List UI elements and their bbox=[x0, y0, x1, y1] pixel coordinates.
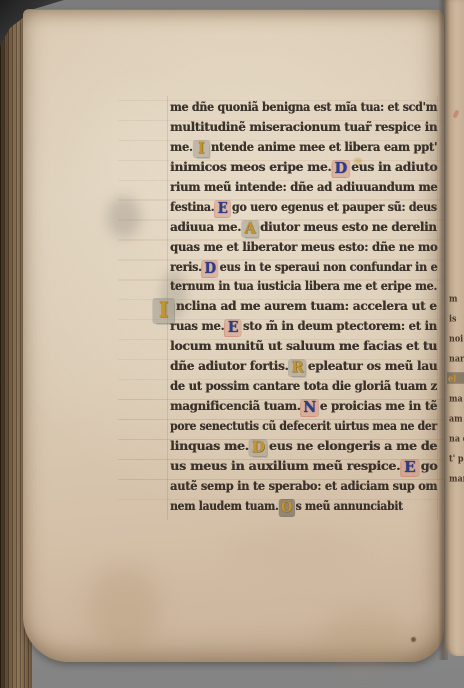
manuscript-line: ruas me.Esto m̃ in deum ptectorem: et in bbox=[170, 316, 438, 336]
manuscript-text: magnificenciã tuam. bbox=[170, 398, 301, 413]
facing-page-text-fragment: noi bbox=[449, 332, 464, 344]
manuscript-line: me.Intende anime mee et libera eam ppt' bbox=[170, 137, 438, 157]
manuscript-text: nclina ad me aurem tuam: accelera ut e bbox=[176, 298, 437, 313]
manuscript-line: multitudinẽ miseracionum tuar̃ respice i… bbox=[170, 117, 438, 137]
manuscript-line: magnificenciã tuam.Ne proicias me in tẽ bbox=[170, 396, 438, 416]
manuscript-text: reris. bbox=[170, 259, 202, 274]
manuscript-text: me. bbox=[170, 139, 193, 154]
manuscript-line: us meus in auxilium meũ respice.Ego bbox=[170, 456, 438, 476]
text-block: me dñe quoniã benigna est mĩa tua: et sc… bbox=[170, 97, 438, 516]
facing-page-text-fragment: m bbox=[449, 292, 464, 304]
manuscript-text: eus in te speraui non confundar in e bbox=[220, 259, 438, 274]
facing-page-red-mark bbox=[453, 110, 460, 119]
facing-page-text-fragment: mam bbox=[449, 472, 464, 484]
parchment-speck bbox=[411, 637, 416, 642]
manuscript-text: ntende anime mee et libera eam ppt' bbox=[211, 139, 437, 154]
illuminated-initial: E bbox=[215, 201, 230, 217]
manuscript-text: sto m̃ in deum ptectorem: et in bbox=[243, 318, 437, 333]
manuscript-text: diutor meus esto ne derelin bbox=[260, 219, 437, 234]
manuscript-text: linquas me. bbox=[170, 438, 249, 453]
manuscript-text: eus ne elongeris a me de bbox=[269, 438, 437, 453]
manuscript-photo: me dñe quoniã benigna est mĩa tua: et sc… bbox=[0, 0, 464, 688]
manuscript-text: ruas me. bbox=[170, 318, 224, 333]
manuscript-text: us meus in auxilium meũ respice. bbox=[170, 458, 400, 473]
facing-page-text-fragment: t' pa bbox=[449, 452, 464, 464]
illuminated-initial: N bbox=[301, 400, 317, 416]
illuminated-initial: D bbox=[332, 161, 349, 177]
facing-page-text-fragment: nar bbox=[449, 352, 464, 364]
manuscript-line: rium meũ intende: dñe ad adiuuandum me bbox=[170, 177, 438, 197]
illuminated-initial: O bbox=[279, 500, 294, 516]
manuscript-text: e proicias me in tẽ bbox=[320, 398, 437, 413]
illuminated-initial: D bbox=[250, 440, 267, 456]
illuminated-initial: I bbox=[193, 141, 209, 157]
manuscript-text: multitudinẽ miseracionum tuar̃ respice i… bbox=[170, 119, 437, 134]
manuscript-line: festina.Ego uero egenus et pauper sũ: de… bbox=[170, 197, 438, 217]
manuscript-line: inimicos meos eripe me.Deus in adiuto bbox=[170, 157, 438, 177]
manuscript-text: go uero egenus et pauper sũ: deus bbox=[232, 199, 437, 214]
manuscript-text: pore senectutis cũ defecerit uirtus mea … bbox=[170, 418, 437, 433]
manuscript-line: ternum in tua iusticia libera me et erip… bbox=[170, 276, 438, 296]
illuminated-initial: A bbox=[242, 221, 258, 237]
manuscript-text: adiuua me. bbox=[170, 219, 241, 234]
manuscript-text: dñe adiutor fortis. bbox=[170, 358, 288, 373]
manuscript-line: dñe adiutor fortis.Repleatur os meũ lau bbox=[170, 356, 438, 376]
parchment-stain bbox=[228, 528, 358, 572]
parchment-stain bbox=[321, 608, 405, 666]
illuminated-initial: E bbox=[225, 320, 241, 336]
manuscript-line: de ut possim cantare tota die gloriã tua… bbox=[170, 376, 438, 396]
facing-page-text-fragment: na d bbox=[449, 432, 464, 444]
illuminated-initial: E bbox=[401, 460, 418, 476]
manuscript-text: s meũ annunciabit bbox=[296, 498, 403, 513]
manuscript-line: me dñe quoniã benigna est mĩa tua: et sc… bbox=[170, 97, 438, 117]
manuscript-text: me dñe quoniã benigna est mĩa tua: et sc… bbox=[170, 99, 437, 114]
facing-page-text-fragment: el bbox=[447, 372, 464, 384]
manuscript-text: festina. bbox=[170, 199, 214, 214]
facing-page-text-fragment: is bbox=[449, 312, 464, 324]
manuscript-text: inimicos meos eripe me. bbox=[170, 159, 331, 174]
manuscript-line: Inclina ad me aurem tuam: accelera ut e bbox=[170, 296, 438, 316]
parchment-stain bbox=[87, 566, 161, 650]
manuscript-line: quas me et liberator meus esto: dñe ne m… bbox=[170, 237, 438, 257]
manuscript-text: autẽ semp in te sperabo: et adiciam sup … bbox=[170, 478, 437, 493]
manuscript-text: epleatur os meũ lau bbox=[308, 358, 438, 373]
manuscript-line: adiuua me.Adiutor meus esto ne derelin bbox=[170, 217, 438, 237]
manuscript-line: autẽ semp in te sperabo: et adiciam sup … bbox=[170, 476, 438, 496]
facing-page-text-fragment: am r bbox=[449, 412, 464, 424]
manuscript-text: locum munitũ ut saluum me facias et tu bbox=[170, 338, 437, 353]
manuscript-line: nem laudem tuam.Os meũ annunciabit bbox=[170, 496, 438, 516]
facing-page-edge: misnoinarelma lam rna dt' pamam bbox=[445, 0, 464, 656]
manuscript-line: linquas me.Deus ne elongeris a me de bbox=[170, 436, 438, 456]
manuscript-text: go bbox=[421, 458, 438, 473]
illuminated-initial: D bbox=[203, 261, 218, 277]
manuscript-text: nem laudem tuam. bbox=[170, 498, 278, 513]
manuscript-text: quas me et liberator meus esto: dñe ne m… bbox=[170, 239, 437, 254]
manuscript-text: eus in adiuto bbox=[351, 159, 437, 174]
manuscript-line: reris.Deus in te speraui non confundar i… bbox=[170, 257, 438, 277]
facing-page-text-fragment: ma l bbox=[449, 392, 464, 404]
illuminated-initial: R bbox=[289, 360, 305, 376]
manuscript-line: pore senectutis cũ defecerit uirtus mea … bbox=[170, 416, 438, 436]
manuscript-text: de ut possim cantare tota die gloriã tua… bbox=[170, 378, 437, 393]
manuscript-text: rium meũ intende: dñe ad adiuuandum me bbox=[170, 179, 437, 194]
manuscript-line: locum munitũ ut saluum me facias et tu bbox=[170, 336, 438, 356]
manuscript-text: ternum in tua iusticia libera me et erip… bbox=[170, 278, 437, 293]
